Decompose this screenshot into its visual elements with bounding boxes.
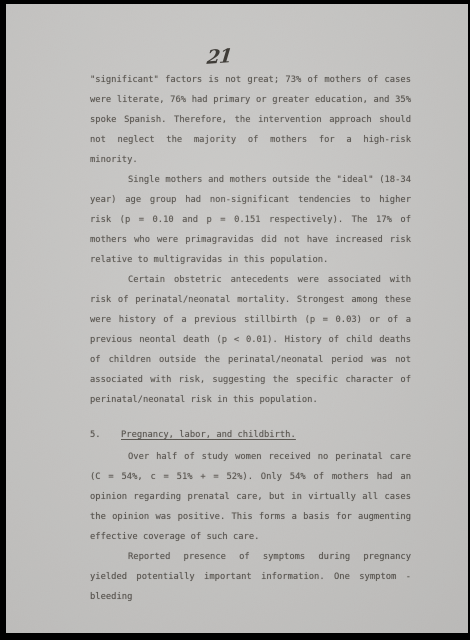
paragraph-obstetric-antecedents: Certain obstetric antecedents were assoc… <box>90 270 411 410</box>
scanned-page: 21 "significant" factors is not great; 7… <box>0 0 470 640</box>
text-column: "significant" factors is not great; 73% … <box>90 70 411 607</box>
paragraph-single-mothers: Single mothers and mothers outside the "… <box>90 170 411 270</box>
section-number: 5. <box>90 425 121 445</box>
paragraph-continuation: "significant" factors is not great; 73% … <box>90 70 411 170</box>
paragraph-perinatal-care: Over half of study women received no per… <box>90 447 411 547</box>
section-title: Pregnancy, labor, and childbirth. <box>121 425 296 445</box>
section-heading: 5. Pregnancy, labor, and childbirth. <box>90 425 411 445</box>
paper: 21 "significant" factors is not great; 7… <box>6 4 468 633</box>
paragraph-symptoms: Reported presence of symptoms during pre… <box>90 547 411 607</box>
handwritten-page-number: 21 <box>206 45 233 69</box>
